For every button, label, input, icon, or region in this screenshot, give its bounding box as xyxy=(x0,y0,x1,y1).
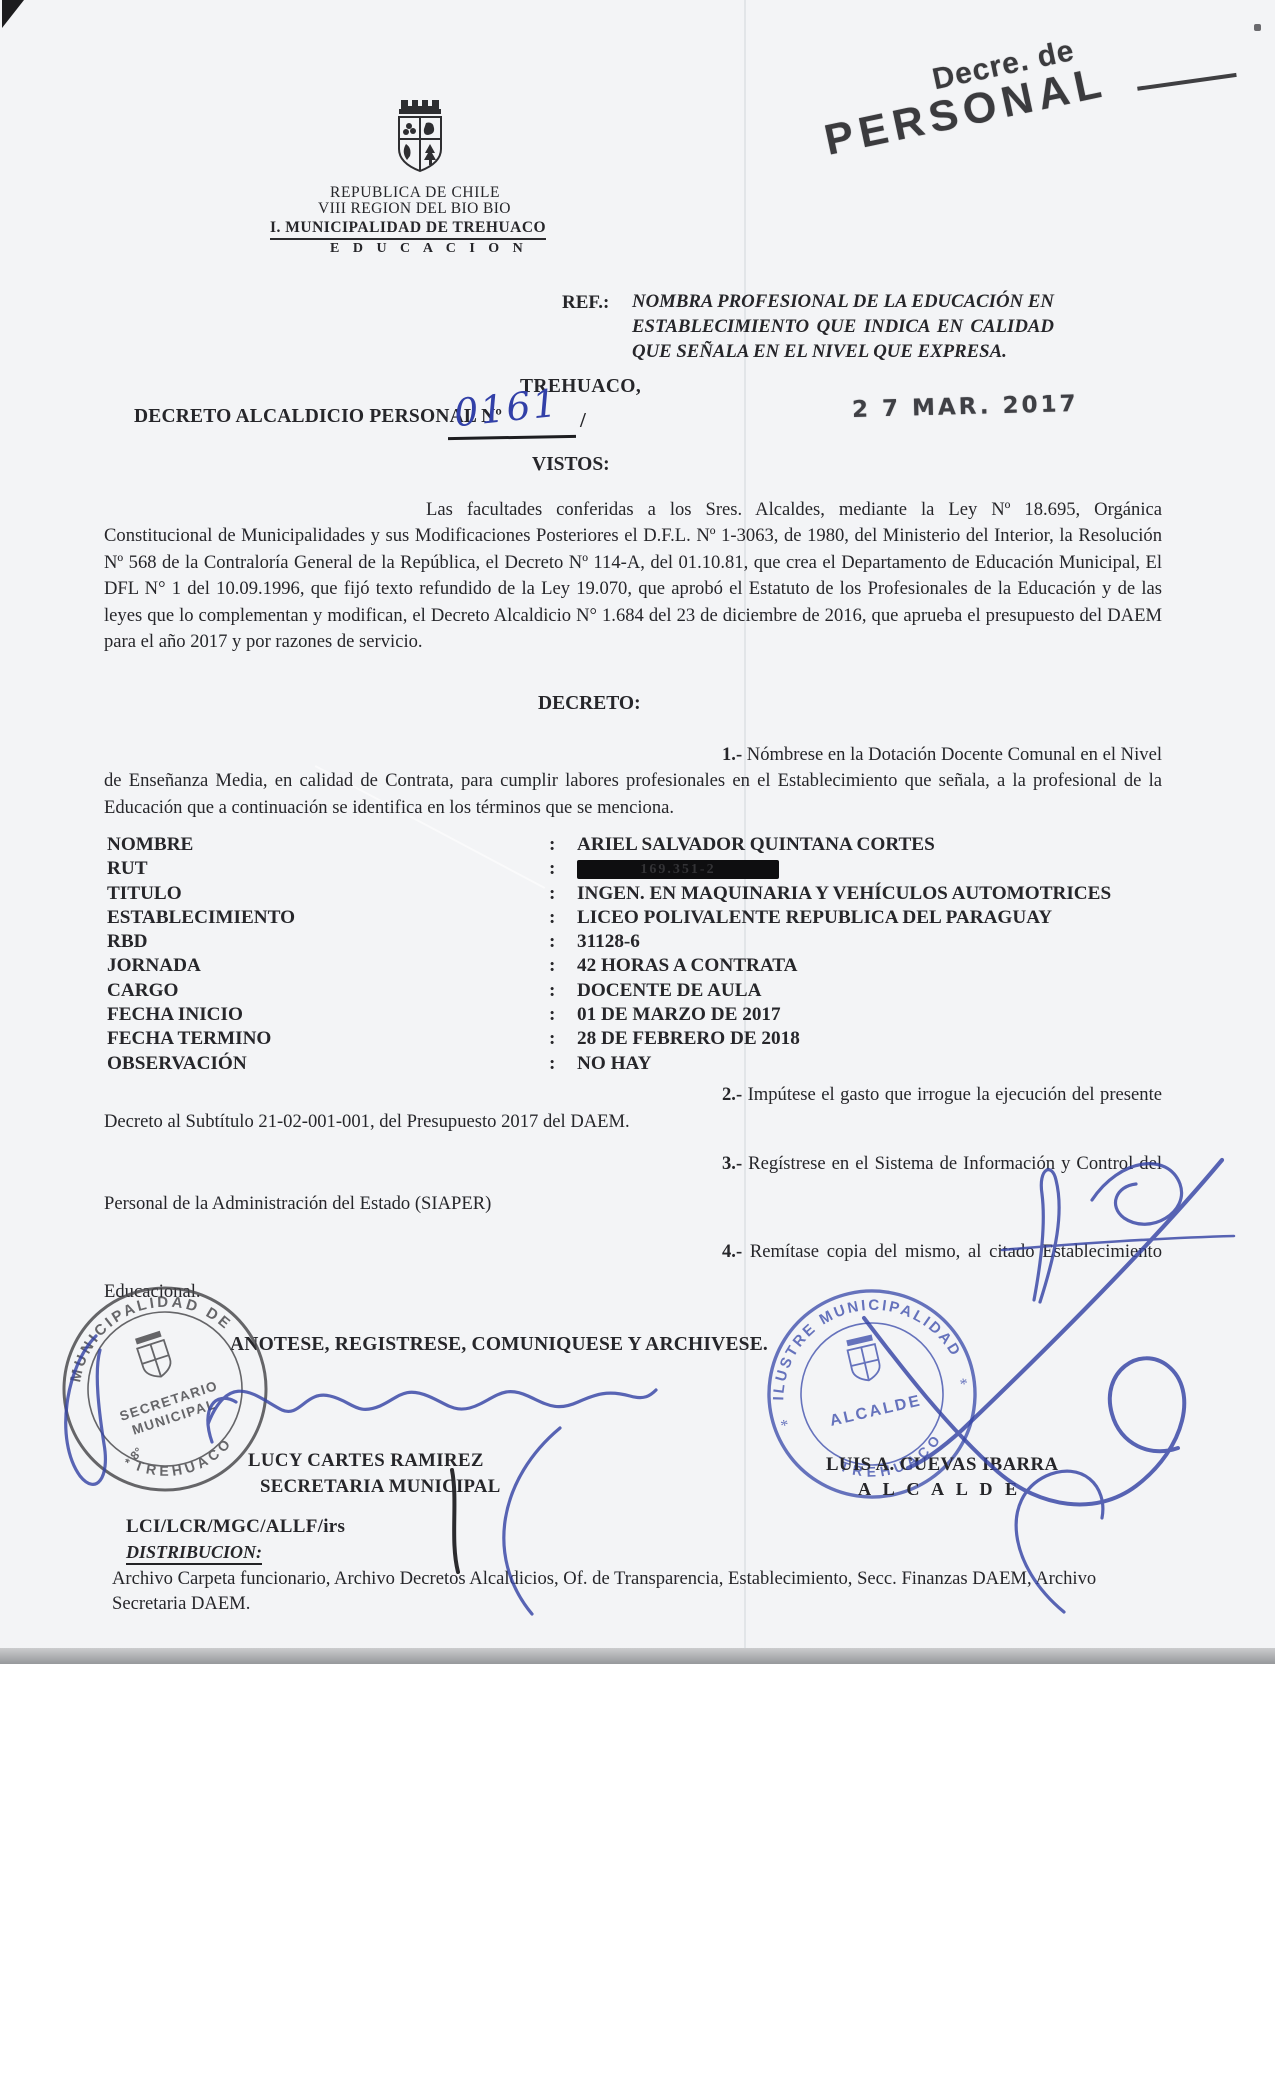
secretary-title: SECRETARIA MUNICIPAL xyxy=(260,1476,501,1498)
item3-number: 3.- xyxy=(722,1153,742,1174)
row-label: RBD xyxy=(107,930,148,954)
row-label: CARGO xyxy=(107,979,178,1003)
row-separator: : xyxy=(549,906,555,930)
decree-number-handwritten: 0161 xyxy=(452,381,561,436)
stamp-star-right: * xyxy=(958,1375,970,1393)
closing-line: ANOTESE, REGISTRESE, COMUNIQUESE Y ARCHI… xyxy=(230,1334,768,1356)
date-stamp: 2 7 MAR. 2017 xyxy=(852,391,1079,423)
table-row: FECHA TERMINO:28 DE FEBRERO DE 2018 xyxy=(0,1027,1170,1051)
mayor-name: LUIS A. CUEVAS IBARRA xyxy=(826,1454,1058,1476)
row-label: FECHA INICIO xyxy=(107,1003,243,1027)
document-page: REPUBLICA DE CHILE VIII REGION DEL BIO B… xyxy=(0,0,1275,2100)
stamp-emblem-icon xyxy=(845,1334,882,1383)
table-row: JORNADA:42 HORAS A CONTRATA xyxy=(0,954,1170,978)
row-separator: : xyxy=(549,857,555,881)
row-separator: : xyxy=(549,1027,555,1051)
personnel-decree-stamp: Decre. de PERSONAL xyxy=(814,5,1222,165)
row-label: TITULO xyxy=(107,882,182,906)
row-separator: : xyxy=(549,930,555,954)
distribution-text: Archivo Carpeta funcionario, Archivo Dec… xyxy=(112,1566,1164,1616)
decreto-heading: DECRETO: xyxy=(538,693,641,715)
header-department: E D U C A C I O N xyxy=(330,241,528,257)
table-row: RBD:31128-6 xyxy=(0,930,1170,954)
row-separator: : xyxy=(549,833,555,857)
row-value: LICEO POLIVALENTE REPUBLICA DEL PARAGUAY xyxy=(577,906,1052,930)
row-value: 42 HORAS A CONTRATA xyxy=(577,954,798,978)
row-label: JORNADA xyxy=(107,954,201,978)
ref-text: NOMBRA PROFESIONAL DE LA EDUCACIÓN EN ES… xyxy=(632,290,1054,364)
decreto-item-2: 2.- Impútese el gasto que irrogue la eje… xyxy=(104,1082,1162,1136)
decreto-item-3: 3.- Regístrese en el Sistema de Informac… xyxy=(104,1144,1162,1224)
svg-text:TREHUACO: TREHUACO xyxy=(129,1427,241,1492)
appointee-table: NOMBRE:ARIEL SALVADOR QUINTANA CORTES RU… xyxy=(0,833,1170,1076)
decree-number-underline xyxy=(448,435,576,440)
decree-number-slash: / xyxy=(580,408,586,433)
stamp-arc-bottom-text: TREHUACO xyxy=(129,1427,241,1492)
scanned-decree: REPUBLICA DE CHILE VIII REGION DEL BIO B… xyxy=(0,0,1275,1648)
header-region: VIII REGION DEL BIO BIO xyxy=(318,200,511,218)
row-label: FECHA TERMINO xyxy=(107,1027,271,1051)
row-value: 169.351-2 xyxy=(577,857,779,881)
row-separator: : xyxy=(549,882,555,906)
item2-text: Impútese el gasto que irrogue la ejecuci… xyxy=(104,1084,1162,1132)
decreto-item-1: 1.- Nómbrese en la Dotación Docente Comu… xyxy=(104,742,1162,821)
row-value: NO HAY xyxy=(577,1052,651,1076)
row-value: INGEN. EN MAQUINARIA Y VEHÍCULOS AUTOMOT… xyxy=(577,882,1111,906)
table-row: TITULO:INGEN. EN MAQUINARIA Y VEHÍCULOS … xyxy=(0,882,1170,906)
rut-redaction-bar: 169.351-2 xyxy=(577,860,779,879)
row-value: 28 DE FEBRERO DE 2018 xyxy=(577,1027,800,1051)
secretary-name: LUCY CARTES RAMIREZ xyxy=(248,1450,484,1472)
item4-number: 4.- xyxy=(722,1241,742,1262)
vistos-body: Las facultades conferidas a los Sres. Al… xyxy=(104,497,1162,655)
table-row: NOMBRE:ARIEL SALVADOR QUINTANA CORTES xyxy=(0,833,1170,857)
row-value: DOCENTE DE AULA xyxy=(577,979,761,1003)
row-label: ESTABLECIMIENTO xyxy=(107,906,295,930)
item2-number: 2.- xyxy=(722,1084,742,1105)
stamp-star-left: * xyxy=(779,1417,791,1435)
scan-bottom-edge xyxy=(0,1648,1275,1664)
row-label: NOMBRE xyxy=(107,833,193,857)
scan-speck-artifact xyxy=(1254,24,1261,31)
table-row: FECHA INICIO:01 DE MARZO DE 2017 xyxy=(0,1003,1170,1027)
item1-text: Nómbrese en la Dotación Docente Comunal … xyxy=(104,744,1162,818)
item4-text: Remítase copia del mismo, al citado Esta… xyxy=(104,1241,1162,1302)
table-row: CARGO:DOCENTE DE AULA xyxy=(0,979,1170,1003)
item1-number: 1.- xyxy=(722,744,742,765)
stamp-center-text: ALCALDE xyxy=(828,1392,923,1430)
table-row: OBSERVACIÓN:NO HAY xyxy=(0,1052,1170,1076)
table-row: ESTABLECIMIENTO:LICEO POLIVALENTE REPUBL… xyxy=(0,906,1170,930)
ref-label: REF.: xyxy=(562,292,609,314)
row-value: 31128-6 xyxy=(577,930,640,954)
distribution-label: DISTRIBUCION: xyxy=(126,1542,262,1565)
stamp-emblem-icon xyxy=(134,1330,174,1380)
scan-corner-artifact xyxy=(2,0,24,28)
table-row: RUT:169.351-2 xyxy=(0,857,1170,881)
decreto-item-4: 4.- Remítase copia del mismo, al citado … xyxy=(104,1232,1162,1312)
paper-fold-line xyxy=(744,0,746,1648)
row-label: RUT xyxy=(107,857,148,881)
decree-number-label: DECRETO ALCALDICIO PERSONAL Nº xyxy=(134,406,502,428)
item3-text: Regístrese en el Sistema de Información … xyxy=(104,1153,1162,1214)
row-separator: : xyxy=(549,979,555,1003)
row-separator: : xyxy=(549,1003,555,1027)
row-value: ARIEL SALVADOR QUINTANA CORTES xyxy=(577,833,935,857)
header-municipality: I. MUNICIPALIDAD DE TREHUACO xyxy=(270,219,546,240)
vistos-heading: VISTOS: xyxy=(532,454,610,476)
mayor-title: A L C A L D E xyxy=(858,1479,1021,1500)
responsibility-initials: LCI/LCR/MGC/ALLF/irs xyxy=(126,1516,345,1538)
coat-of-arms-icon xyxy=(386,90,450,182)
row-separator: : xyxy=(549,1052,555,1076)
row-label: OBSERVACIÓN xyxy=(107,1052,247,1076)
row-separator: : xyxy=(549,954,555,978)
row-value: 01 DE MARZO DE 2017 xyxy=(577,1003,781,1027)
